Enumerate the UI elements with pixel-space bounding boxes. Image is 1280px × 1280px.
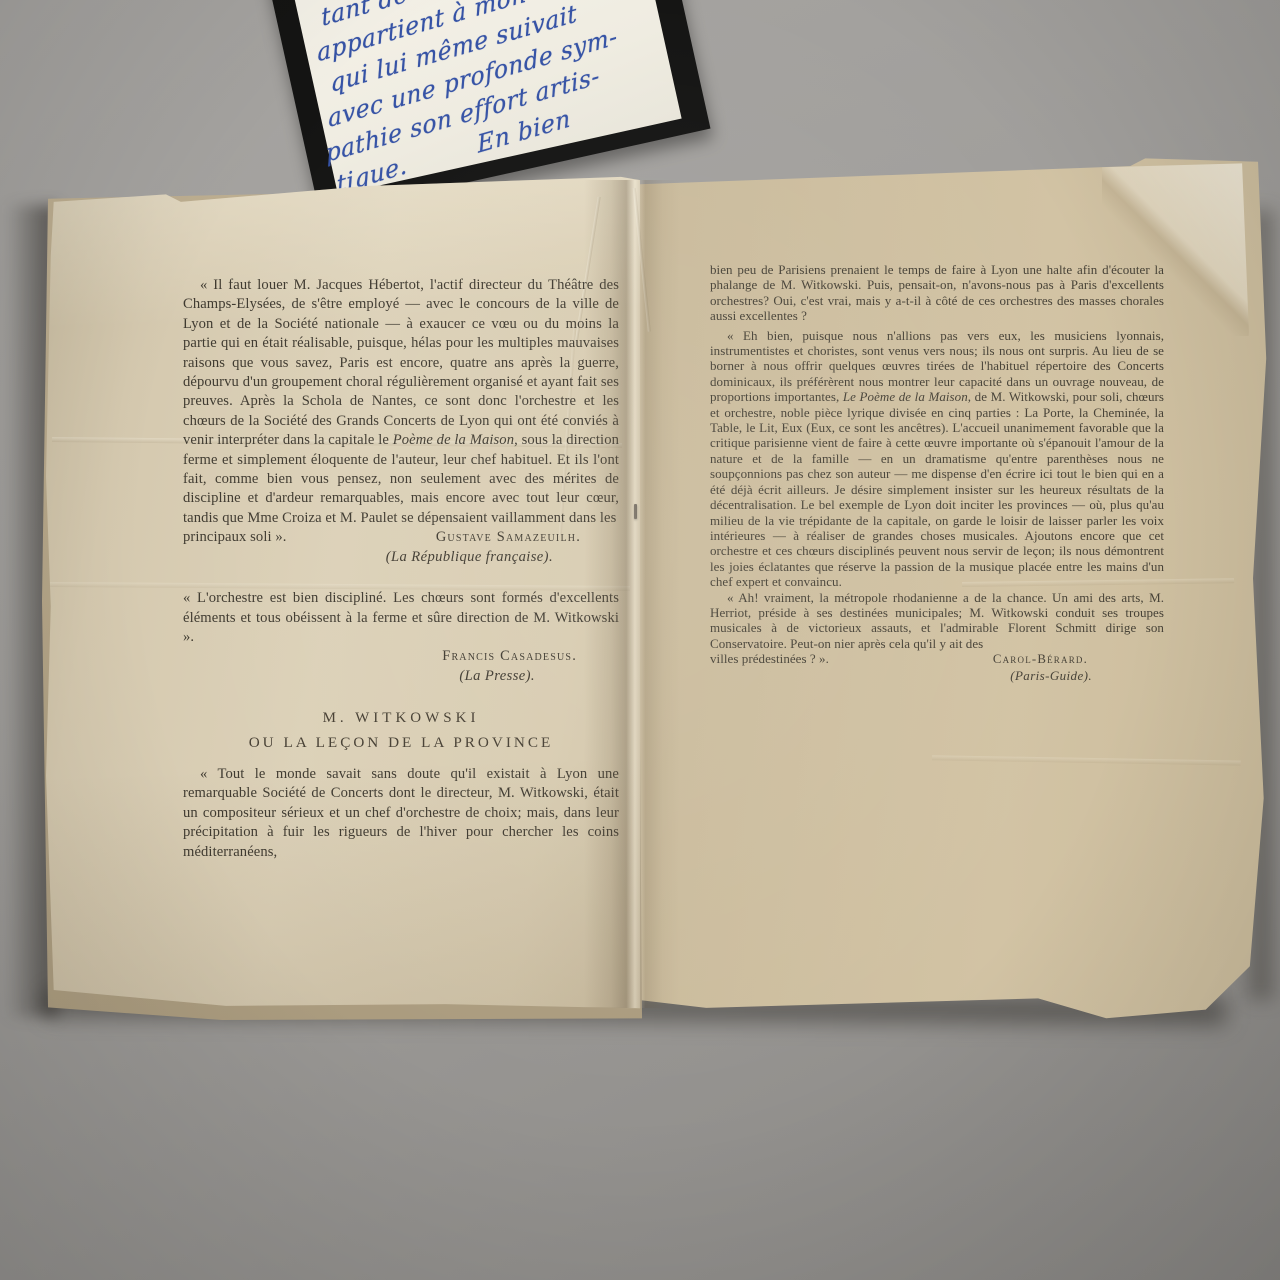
paper-crease: [932, 755, 1252, 766]
booklet-page-right: bien peu de Parisiens prenaient le temps…: [632, 160, 1252, 1012]
author-name: Gustave Samazeuilh.: [436, 528, 619, 547]
author-name: Francis Casadesus.: [183, 647, 619, 666]
quote-text: bien peu de Parisiens prenaient le temps…: [710, 262, 1164, 323]
article-paragraph: « Eh bien, puisque nous n'allions pas ve…: [710, 328, 1164, 590]
quote-closing-and-author: principaux soli ». Gustave Samazeuilh.: [183, 528, 619, 547]
article-paragraph: « Tout le monde savait sans doute qu'il …: [183, 765, 619, 862]
article-heading: M. WITKOWSKI OU LA LEÇON DE LA PROVINCE: [183, 709, 619, 752]
handwritten-card: A qui manifesta tant de déférence appart…: [283, 0, 682, 195]
heading-line-1: M. WITKOWSKI: [183, 709, 619, 728]
photo-of-booklet: A qui manifesta tant de déférence appart…: [0, 0, 1280, 1280]
staple: [634, 504, 637, 519]
spacer: [183, 567, 619, 589]
press-quote-samazeuilh: « Il faut louer M. Jacques Hébertot, l'a…: [183, 276, 619, 528]
work-title: Poème de la Maison: [393, 432, 514, 448]
heading-line-2: OU LA LEÇON DE LA PROVINCE: [183, 733, 619, 752]
handwriting-block: A qui manifesta tant de déférence appart…: [313, 0, 660, 202]
quote-text: « L'orchestre est bien discipliné. Les c…: [183, 590, 619, 645]
publication-name: (Paris-Guide).: [710, 668, 1164, 683]
press-quote-casadesus: « L'orchestre est bien discipliné. Les c…: [183, 589, 619, 647]
work-title: Le Poème de la Maison: [843, 389, 968, 404]
press-quote-carol-berard: « Ah! vraiment, la métropole rhodanienne…: [710, 590, 1164, 652]
quote-text: , de M. Witkowski, pour soli, chœurs et …: [710, 389, 1164, 589]
quote-closing-and-author: villes prédestinées ? ». Carol-Bérard.: [710, 651, 1164, 667]
quote-text: « Tout le monde savait sans doute qu'il …: [183, 766, 619, 860]
article-paragraph-continued: bien peu de Parisiens prenaient le temps…: [710, 262, 1164, 324]
paper-crease: [632, 182, 651, 331]
publication-name: (La Presse).: [183, 667, 619, 686]
left-page-text-column: « Il faut louer M. Jacques Hébertot, l'a…: [183, 276, 619, 862]
quote-text: « Il faut louer M. Jacques Hébertot, l'a…: [183, 277, 619, 448]
quote-last-line: principaux soli ».: [183, 528, 287, 547]
author-name: Carol-Bérard.: [993, 652, 1164, 667]
publication-name: (La République française).: [183, 548, 619, 567]
quote-text: « Ah! vraiment, la métropole rhodanienne…: [710, 590, 1164, 651]
quote-last-line: villes prédestinées ? ».: [710, 651, 829, 666]
right-page-text-column: bien peu de Parisiens prenaient le temps…: [710, 262, 1164, 683]
booklet-page-left: « Il faut louer M. Jacques Hébertot, l'a…: [46, 176, 640, 1010]
